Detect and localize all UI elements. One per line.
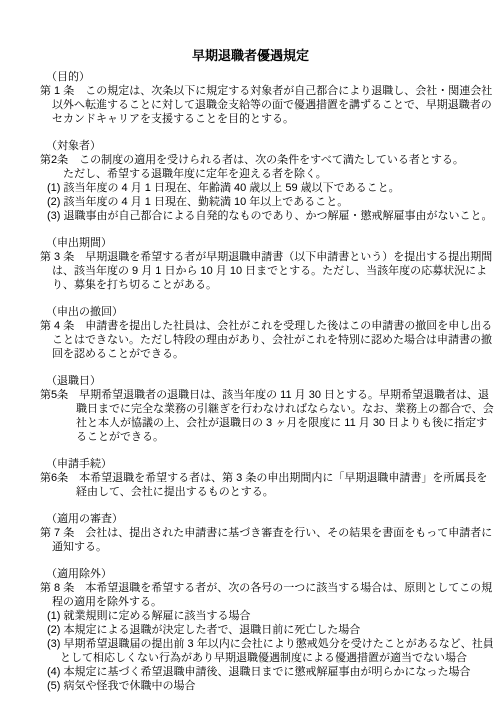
list-item: (3) 早期希望退職届の提出前 3 年以内に会社により懲戒処分を受けたことがある… [40,637,495,665]
list-item: (1) 該当年度の 4 月 1 日現在、年齢満 40 歳以上 59 歳以下である… [40,181,495,195]
list-item: (1) 就業規則に定める解雇に該当する場合 [40,609,495,623]
section-heading: （申出期間） [40,236,495,250]
section-retirement-date: （退職日） 第5条 早期希望退職者の退職日は、該当年度の 11 月 30 日とす… [40,374,495,444]
section-objective: （目的） 第 1 条 この規定は、次条以下に規定する対象者が自己都合により退職し… [40,70,495,126]
document-page: 早期退職者優遇規定 （目的） 第 1 条 この規定は、次条以下に規定する対象者が… [0,0,501,710]
document-title: 早期退職者優遇規定 [0,48,501,64]
section-review: （適用の審査） 第 7 条 会社は、提出された申請書に基づき審査を行い、その結果… [40,512,495,554]
article-paragraph: 第6条 本希望退職を希望する者は、第 3 条の申出期間内に「早期退職申請書」を所… [40,471,495,499]
article-paragraph: 第5条 早期希望退職者の退職日は、該当年度の 11 月 30 日とする。早期希望… [40,388,495,444]
article-paragraph: 第 8 条 本希望退職を希望する者が、次の各号の一つに該当する場合は、原則として… [40,581,495,609]
article-paragraph: 第 3 条 早期退職を希望する者が早期退職申請書（以下申請書という）を提出する提… [40,250,495,292]
list-item: (5) 病気や怪我で休職中の場合 [40,679,495,693]
section-withdrawal: （申出の撤回） 第 4 条 申請書を提出した社員は、会社がこれを受理した後はこの… [40,305,495,361]
section-procedure: （申請手続） 第6条 本希望退職を希望する者は、第 3 条の申出期間内に「早期退… [40,457,495,499]
article-paragraph: 第2条 この制度の適用を受けられる者は、次の条件をすべて満たしている者とする。 [40,153,495,167]
section-exclusions: （適用除外） 第 8 条 本希望退職を希望する者が、次の各号の一つに該当する場合… [40,567,495,693]
section-heading: （適用の審査） [40,512,495,526]
section-heading: （目的） [40,70,495,84]
article-paragraph: 第 7 条 会社は、提出された申請書に基づき審査を行い、その結果を書面をもって申… [40,526,495,554]
section-heading: （対象者） [40,139,495,153]
list-item: (2) 該当年度の 4 月 1 日現在、勤続満 10 年以上であること。 [40,195,495,209]
section-application-period: （申出期間） 第 3 条 早期退職を希望する者が早期退職申請書（以下申請書という… [40,236,495,292]
section-heading: （退職日） [40,374,495,388]
section-subjects: （対象者） 第2条 この制度の適用を受けられる者は、次の条件をすべて満たしている… [40,139,495,223]
article-paragraph: ただし、希望する退職年度に定年を迎える者を除く。 [40,167,495,181]
list-item: (4) 本規定に基づく希望退職申請後、退職日までに懲戒解雇事由が明らかになった場… [40,665,495,679]
section-heading: （申請手続） [40,457,495,471]
list-item: (3) 退職事由が自己都合による自発的なものであり、かつ解雇・懲戒解雇事由がない… [40,209,495,223]
article-paragraph: 第 4 条 申請書を提出した社員は、会社がこれを受理した後はこの申請書の撤回を申… [40,319,495,361]
article-paragraph: 第 1 条 この規定は、次条以下に規定する対象者が自己都合により退職し、会社・関… [40,84,495,126]
list-item: (2) 本規定による退職が決定した者で、退職日前に死亡した場合 [40,623,495,637]
section-heading: （適用除外） [40,567,495,581]
section-heading: （申出の撤回） [40,305,495,319]
